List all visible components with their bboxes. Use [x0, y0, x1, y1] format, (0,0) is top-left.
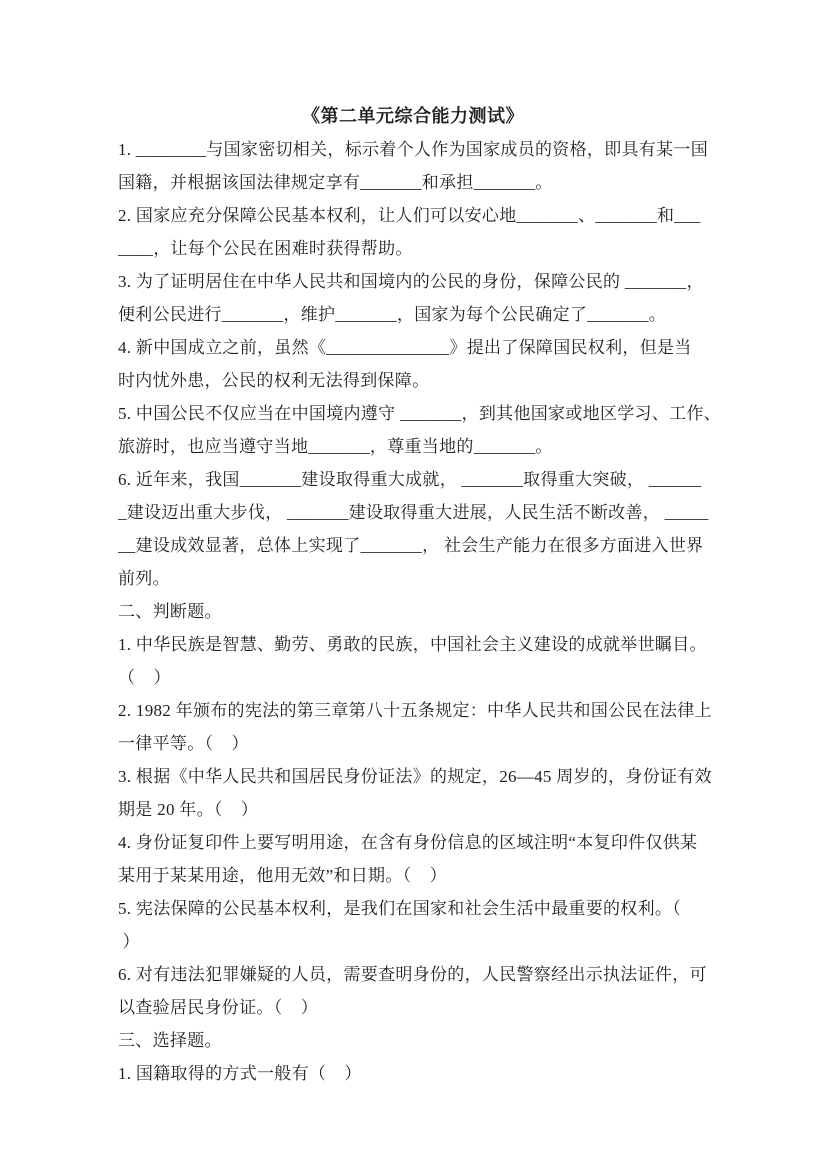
section-multiple-choice: 1. 国籍取得的方式一般有（ ）: [118, 1057, 708, 1090]
doc-line: 某用于某某用途，他用无效”和日期。（ ）: [118, 859, 708, 892]
doc-line: 4. 身份证复印件上要写明用途，在含有身份信息的区域注明“本复印件仅供某: [118, 826, 708, 859]
section-true-false: 1. 中华民族是智慧、勤劳、勇敢的民族，中国社会主义建设的成就举世瞩目。（ ）2…: [118, 628, 708, 1024]
doc-line: 1. 中华民族是智慧、勤劳、勇敢的民族，中国社会主义建设的成就举世瞩目。: [118, 628, 708, 661]
doc-line: 6. 对有违法犯罪嫌疑的人员，需要查明身份的，人民警察经出示执法证件，可: [118, 958, 708, 991]
doc-line: 1. 国籍取得的方式一般有（ ）: [118, 1057, 708, 1090]
doc-line: 以查验居民身份证。（ ）: [118, 991, 708, 1024]
document-page: 《第二单元综合能力测试》 1. ________与国家密切相关，标示着个人作为国…: [0, 0, 826, 1169]
doc-line: 6. 近年来，我国_______建设取得重大成就， _______取得重大突破，…: [118, 463, 708, 496]
doc-line: 4. 新中国成立之前，虽然《______________》提出了保障国民权利，但…: [118, 331, 708, 364]
doc-line: 5. 宪法保障的公民基本权利，是我们在国家和社会生活中最重要的权利。（: [118, 892, 708, 925]
document-content: 《第二单元综合能力测试》 1. ________与国家密切相关，标示着个人作为国…: [118, 99, 708, 1090]
doc-line: 2. 国家应充分保障公民基本权利，让人们可以安心地_______、_______…: [118, 199, 708, 232]
doc-line: 前列。: [118, 562, 708, 595]
doc-line: 3. 为了证明居住在中华人民共和国境内的公民的身份，保障公民的 _______，: [118, 265, 708, 298]
doc-line: 2. 1982 年颁布的宪法的第三章第八十五条规定：中华人民共和国公民在法律上: [118, 694, 708, 727]
doc-line: 一律平等。（ ）: [118, 727, 708, 760]
doc-line: 1. ________与国家密切相关，标示着个人作为国家成员的资格，即具有某一国: [118, 133, 708, 166]
doc-line: ）: [118, 925, 708, 958]
doc-line: _建设迈出重大步伐， _______建设取得重大进展，人民生活不断改善， ___…: [118, 496, 708, 529]
doc-line: 便利公民进行_______，维护_______，国家为每个公民确定了______…: [118, 298, 708, 331]
doc-line: 期是 20 年。（ ）: [118, 793, 708, 826]
doc-line: 旅游时，也应当遵守当地_______，尊重当地的_______。: [118, 430, 708, 463]
doc-line: 5. 中国公民不仅应当在中国境内遵守 _______，到其他国家或地区学习、工作…: [118, 397, 708, 430]
section-heading-true-false: 二、判断题。: [118, 595, 708, 628]
doc-line: 时内忧外患，公民的权利无法得到保障。: [118, 364, 708, 397]
doc-line: 国籍，并根据该国法律规定享有_______和承担_______。: [118, 166, 708, 199]
doc-line: ____，让每个公民在困难时获得帮助。: [118, 232, 708, 265]
doc-line: 3. 根据《中华人民共和国居民身份证法》的规定，26—45 周岁的，身份证有效: [118, 760, 708, 793]
doc-line: （ ）: [118, 661, 708, 694]
section-heading-multiple-choice: 三、选择题。: [118, 1024, 708, 1057]
document-title: 《第二单元综合能力测试》: [118, 99, 708, 133]
doc-line: __建设成效显著，总体上实现了_______， 社会生产能力在很多方面进入世界: [118, 529, 708, 562]
section-fill-in-the-blanks: 1. ________与国家密切相关，标示着个人作为国家成员的资格，即具有某一国…: [118, 133, 708, 595]
